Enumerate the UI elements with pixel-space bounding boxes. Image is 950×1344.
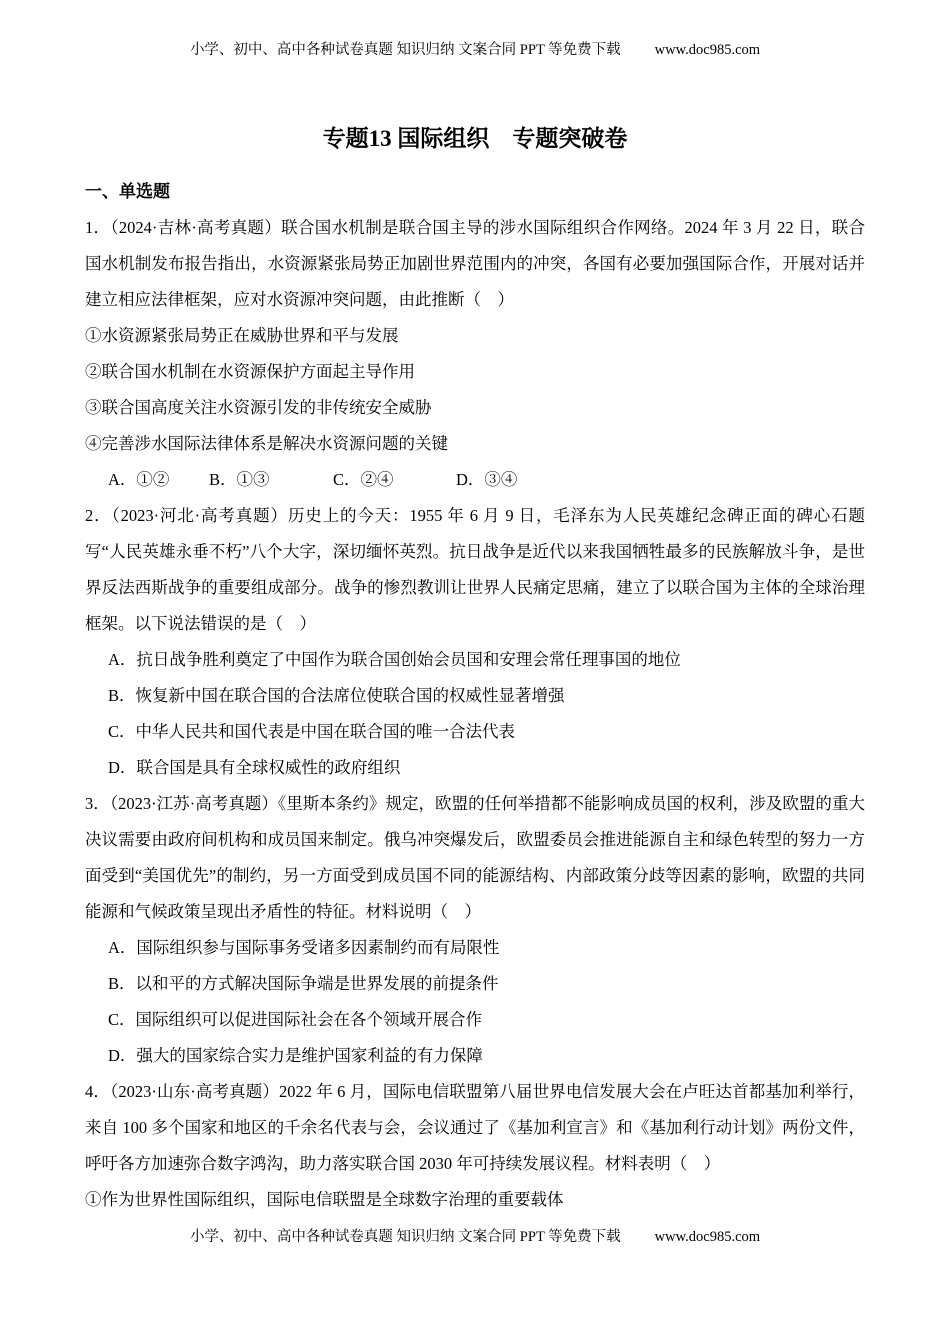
footer-site-link[interactable]: www.doc985.com: [655, 1229, 760, 1245]
question-1-choice-d: D．③④: [456, 462, 517, 498]
question-1-choices-row: A．①② B．①③ C．②④ D．③④: [85, 462, 865, 498]
question-1-statement-4: ④完善涉水国际法律体系是解决水资源问题的关键: [85, 426, 865, 462]
question-3-choice-c: C．国际组织可以促进国际社会在各个领域开展合作: [85, 1002, 865, 1038]
question-3-choice-a: A．国际组织参与国际事务受诸多因素制约而有局限性: [85, 930, 865, 966]
question-2: 2．（2023·河北·高考真题）历史上的今天：1955 年 6 月 9 日，毛泽…: [85, 498, 865, 786]
page-footer: 小学、初中、高中各种试卷真题 知识归纳 文案合同 PPT 等免费下载www.do…: [0, 1226, 950, 1248]
question-2-choice-c: C．中华人民共和国代表是中国在联合国的唯一合法代表: [85, 714, 865, 750]
question-1-stem: 1．（2024·吉林·高考真题）联合国水机制是联合国主导的涉水国际组织合作网络。…: [85, 210, 865, 318]
question-1-choice-a: A．①②: [108, 462, 209, 498]
footer-promo-text: 小学、初中、高中各种试卷真题 知识归纳 文案合同 PPT 等免费下载: [190, 1229, 621, 1245]
question-1-statement-2: ②联合国水机制在水资源保护方面起主导作用: [85, 354, 865, 390]
question-4: 4．（2023·山东·高考真题）2022 年 6 月，国际电信联盟第八届世界电信…: [85, 1074, 865, 1218]
question-1-statement-3: ③联合国高度关注水资源引发的非传统安全威胁: [85, 390, 865, 426]
question-1-statement-1: ①水资源紧张局势正在威胁世界和平与发展: [85, 318, 865, 354]
question-2-choice-b: B．恢复新中国在联合国的合法席位使联合国的权威性显著增强: [85, 678, 865, 714]
document-body: 一、单选题 1．（2024·吉林·高考真题）联合国水机制是联合国主导的涉水国际组…: [85, 174, 865, 1218]
section-heading-single-choice: 一、单选题: [85, 174, 865, 210]
question-3-choice-d: D．强大的国家综合实力是维护国家利益的有力保障: [85, 1038, 865, 1074]
exam-document-page: 小学、初中、高中各种试卷真题 知识归纳 文案合同 PPT 等免费下载www.do…: [0, 0, 950, 1344]
page-title: 专题13 国际组织 专题突破卷: [0, 122, 950, 156]
header-site-link[interactable]: www.doc985.com: [655, 42, 760, 58]
question-3-choice-b: B．以和平的方式解决国际争端是世界发展的前提条件: [85, 966, 865, 1002]
question-1-choice-b: B．①③: [209, 462, 333, 498]
question-3: 3．（2023·江苏·高考真题）《里斯本条约》规定，欧盟的任何举措都不能影响成员…: [85, 786, 865, 1074]
question-4-statement-1: ①作为世界性国际组织，国际电信联盟是全球数字治理的重要载体: [85, 1182, 865, 1218]
question-1: 1．（2024·吉林·高考真题）联合国水机制是联合国主导的涉水国际组织合作网络。…: [85, 210, 865, 498]
question-4-stem: 4．（2023·山东·高考真题）2022 年 6 月，国际电信联盟第八届世界电信…: [85, 1074, 865, 1182]
question-2-choice-d: D．联合国是具有全球权威性的政府组织: [85, 750, 865, 786]
page-header: 小学、初中、高中各种试卷真题 知识归纳 文案合同 PPT 等免费下载www.do…: [0, 39, 950, 61]
question-1-choice-c: C．②④: [333, 462, 456, 498]
question-2-stem: 2．（2023·河北·高考真题）历史上的今天：1955 年 6 月 9 日，毛泽…: [85, 498, 865, 642]
question-2-choice-a: A．抗日战争胜利奠定了中国作为联合国创始会员国和安理会常任理事国的地位: [85, 642, 865, 678]
question-3-stem: 3．（2023·江苏·高考真题）《里斯本条约》规定，欧盟的任何举措都不能影响成员…: [85, 786, 865, 930]
header-promo-text: 小学、初中、高中各种试卷真题 知识归纳 文案合同 PPT 等免费下载: [190, 42, 621, 58]
